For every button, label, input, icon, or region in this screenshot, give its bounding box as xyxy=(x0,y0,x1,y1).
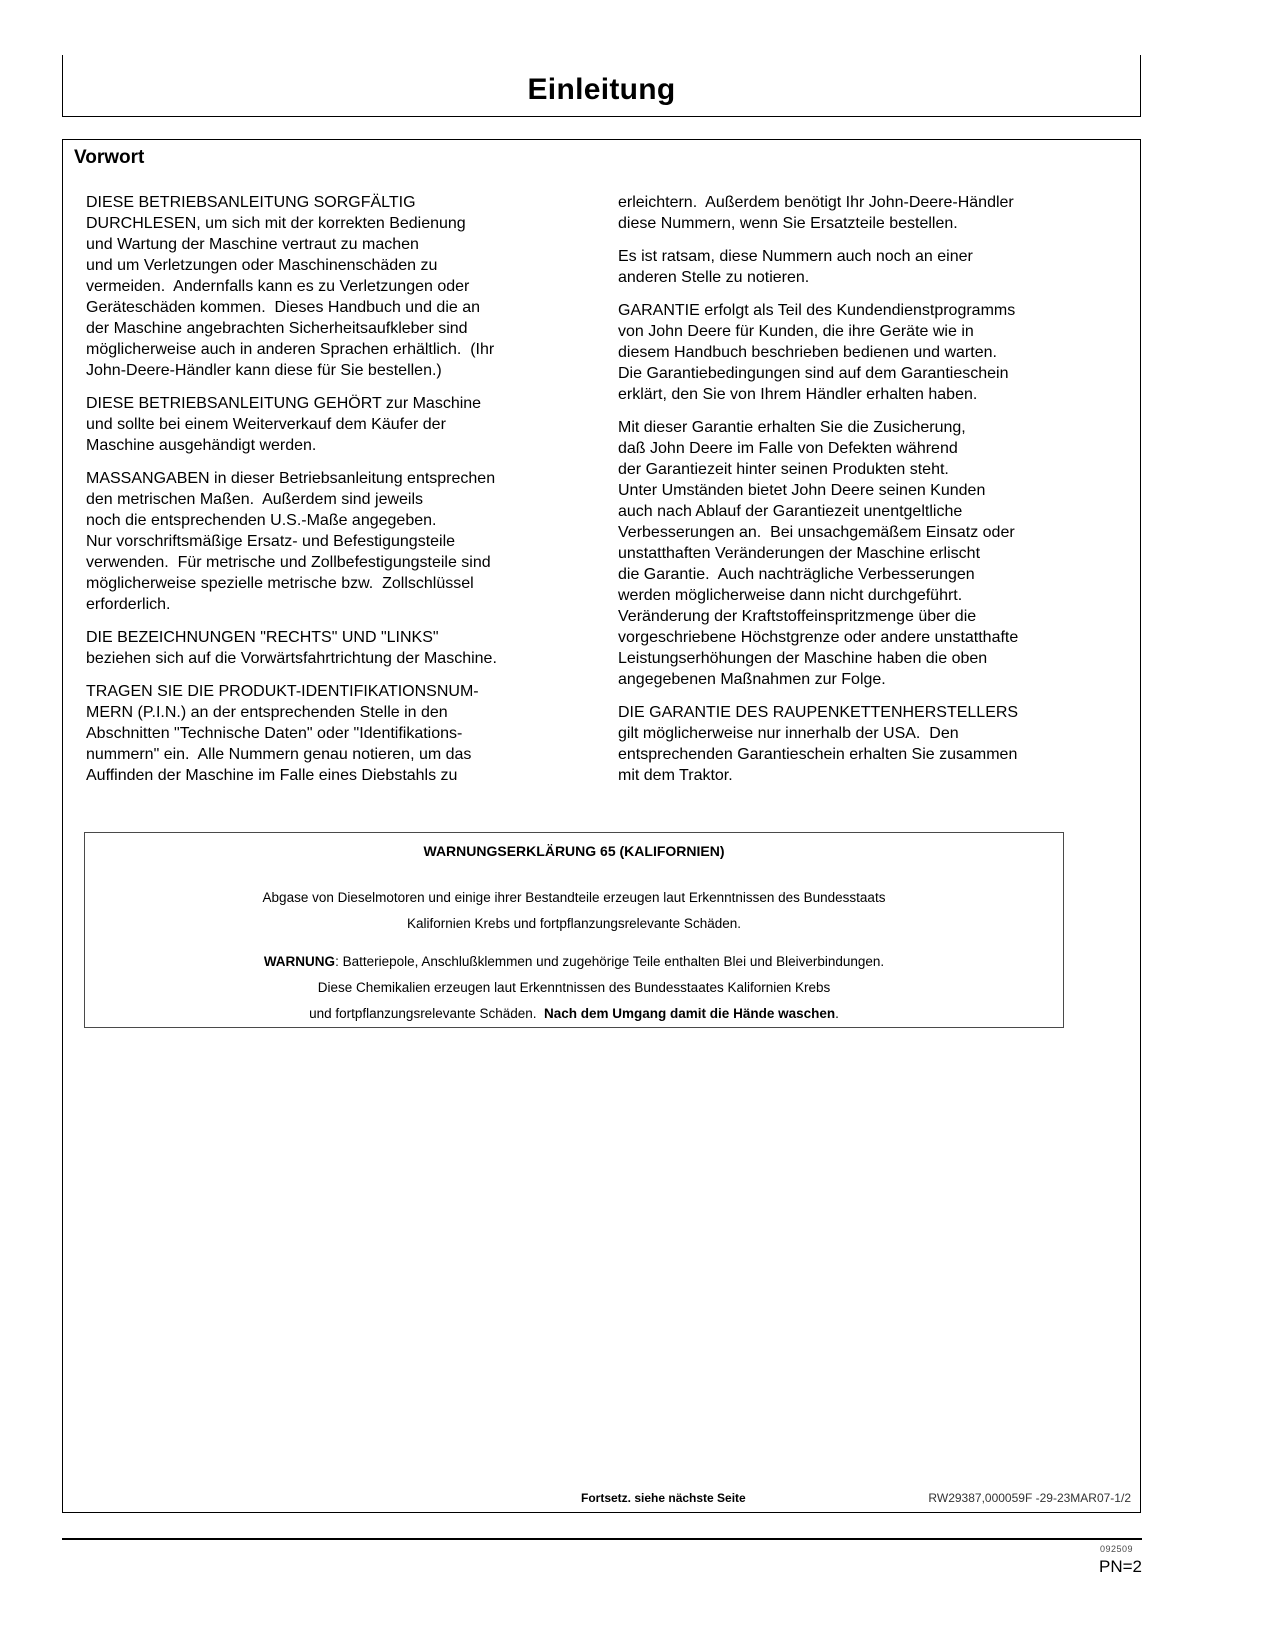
warning-box: WARNUNGSERKLÄRUNG 65 (KALIFORNIEN) Abgas… xyxy=(84,832,1064,1028)
warning-paragraph-battery: WARNUNG: Batteriepole, Anschlußklemmen u… xyxy=(85,949,1063,1027)
footer-continuation: Fortsetz. siehe nächste Seite xyxy=(581,1491,746,1505)
paragraph: Es ist ratsam, diese Nummern auch noch a… xyxy=(618,246,1118,288)
two-column-text: DIESE BETRIEBSANLEITUNG SORGFÄLTIG DURCH… xyxy=(86,192,1118,798)
paragraph: Mit dieser Garantie erhalten Sie die Zus… xyxy=(618,417,1118,690)
paragraph: DIE BEZEICHNUNGEN "RECHTS" UND "LINKS" b… xyxy=(86,627,586,669)
right-column: erleichtern. Außerdem benötigt Ihr John-… xyxy=(618,192,1118,798)
page-title: Einleitung xyxy=(528,73,676,107)
paragraph: GARANTIE erfolgt als Teil des Kundendien… xyxy=(618,300,1118,405)
bottom-rule xyxy=(62,1538,1142,1540)
warnung-period: . xyxy=(835,1006,839,1021)
left-column: DIESE BETRIEBSANLEITUNG SORGFÄLTIG DURCH… xyxy=(86,192,586,798)
content-box: Vorwort DIESE BETRIEBSANLEITUNG SORGFÄLT… xyxy=(62,139,1141,1513)
section-heading: Vorwort xyxy=(74,147,144,169)
warning-paragraph-diesel: Abgase von Dieselmotoren und einige ihre… xyxy=(85,885,1063,937)
paragraph: DIESE BETRIEBSANLEITUNG SORGFÄLTIG DURCH… xyxy=(86,192,586,381)
paragraph: MASSANGABEN in dieser Betriebsanleitung … xyxy=(86,468,586,615)
paragraph: DIESE BETRIEBSANLEITUNG GEHÖRT zur Masch… xyxy=(86,393,586,456)
page-number: PN=2 xyxy=(1099,1557,1142,1577)
manual-page: Einleitung Vorwort DIESE BETRIEBSANLEITU… xyxy=(0,0,1275,1650)
paragraph: TRAGEN SIE DIE PRODUKT-IDENTIFIKATIONSNU… xyxy=(86,681,586,786)
footer-code: RW29387,000059F -29-23MAR07-1/2 xyxy=(928,1491,1131,1505)
paragraph: DIE GARANTIE DES RAUPENKETTENHERSTELLERS… xyxy=(618,702,1118,786)
warnung-bold-tail: Nach dem Umgang damit die Hände waschen xyxy=(544,1006,835,1021)
print-code: 092509 xyxy=(1100,1544,1133,1554)
warnung-label: WARNUNG xyxy=(264,954,335,969)
page-title-banner: Einleitung xyxy=(62,55,1141,117)
warning-title: WARNUNGSERKLÄRUNG 65 (KALIFORNIEN) xyxy=(85,843,1063,859)
paragraph: erleichtern. Außerdem benötigt Ihr John-… xyxy=(618,192,1118,234)
